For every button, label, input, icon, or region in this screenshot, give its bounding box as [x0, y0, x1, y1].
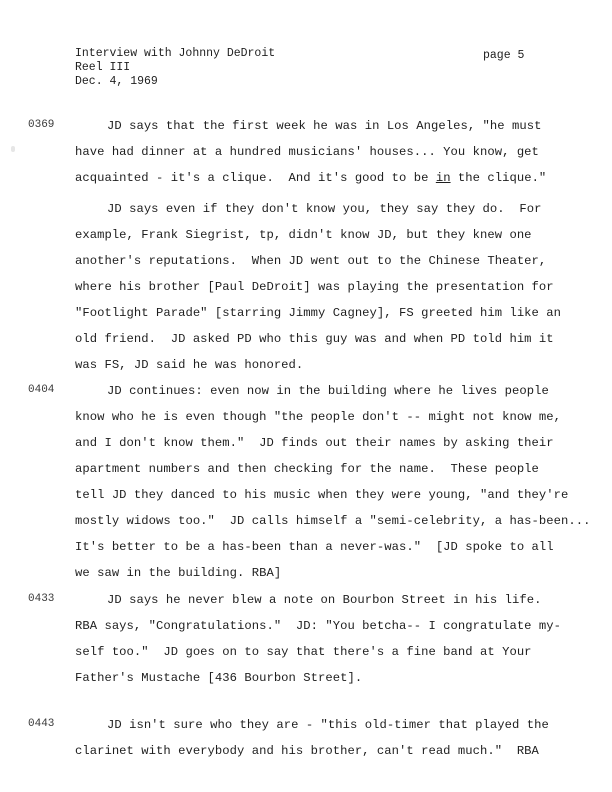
text-line: acquainted - it's a clique. And it's goo… — [75, 171, 546, 185]
text-line: know who he is even though "the people d… — [75, 410, 561, 424]
text-line: JD continues: even now in the building w… — [107, 384, 549, 398]
timecode-0443: 0443 — [28, 717, 54, 731]
text-line: was FS, JD said he was honored. — [75, 358, 303, 372]
text-segment: acquainted - it's a clique. And it's goo… — [75, 171, 436, 185]
text-line: apartment numbers and then checking for … — [75, 462, 539, 476]
timecode-0404: 0404 — [28, 383, 54, 397]
text-line: old friend. JD asked PD who this guy was… — [75, 332, 554, 346]
scan-speck — [11, 146, 15, 152]
text-line: "Footlight Parade" [starring Jimmy Cagne… — [75, 306, 561, 320]
text-line: clarinet with everybody and his brother,… — [75, 744, 539, 758]
text-segment: the clique." — [451, 171, 547, 185]
text-line: It's better to be a has-been than a neve… — [75, 540, 554, 554]
reel-label: Reel III — [75, 61, 130, 75]
text-line: another's reputations. When JD went out … — [75, 254, 546, 268]
text-line: and I don't know them." JD finds out the… — [75, 436, 554, 450]
text-line: JD isn't sure who they are - "this old-t… — [107, 718, 549, 732]
text-line: tell JD they danced to his music when th… — [75, 488, 568, 502]
text-line: JD says he never blew a note on Bourbon … — [107, 593, 541, 607]
timecode-0369: 0369 — [28, 118, 54, 132]
interview-title: Interview with Johnny DeDroit — [75, 47, 275, 61]
page-number: page 5 — [483, 49, 524, 63]
timecode-0433: 0433 — [28, 592, 54, 606]
text-line: JD says even if they don't know you, the… — [107, 202, 541, 216]
text-line: RBA says, "Congratulations." JD: "You be… — [75, 619, 561, 633]
document-page: Interview with Johnny DeDroit Reel III D… — [0, 0, 612, 792]
text-line: self too." JD goes on to say that there'… — [75, 645, 532, 659]
text-line: we saw in the building. RBA] — [75, 566, 281, 580]
text-line: Father's Mustache [436 Bourbon Street]. — [75, 671, 362, 685]
text-line: mostly widows too." JD calls himself a "… — [75, 514, 590, 528]
interview-date: Dec. 4, 1969 — [75, 75, 158, 89]
text-line: where his brother [Paul DeDroit] was pla… — [75, 280, 554, 294]
text-line: example, Frank Siegrist, tp, didn't know… — [75, 228, 532, 242]
text-line: have had dinner at a hundred musicians' … — [75, 145, 539, 159]
underlined-word: in — [436, 171, 451, 185]
text-line: JD says that the first week he was in Lo… — [107, 119, 541, 133]
